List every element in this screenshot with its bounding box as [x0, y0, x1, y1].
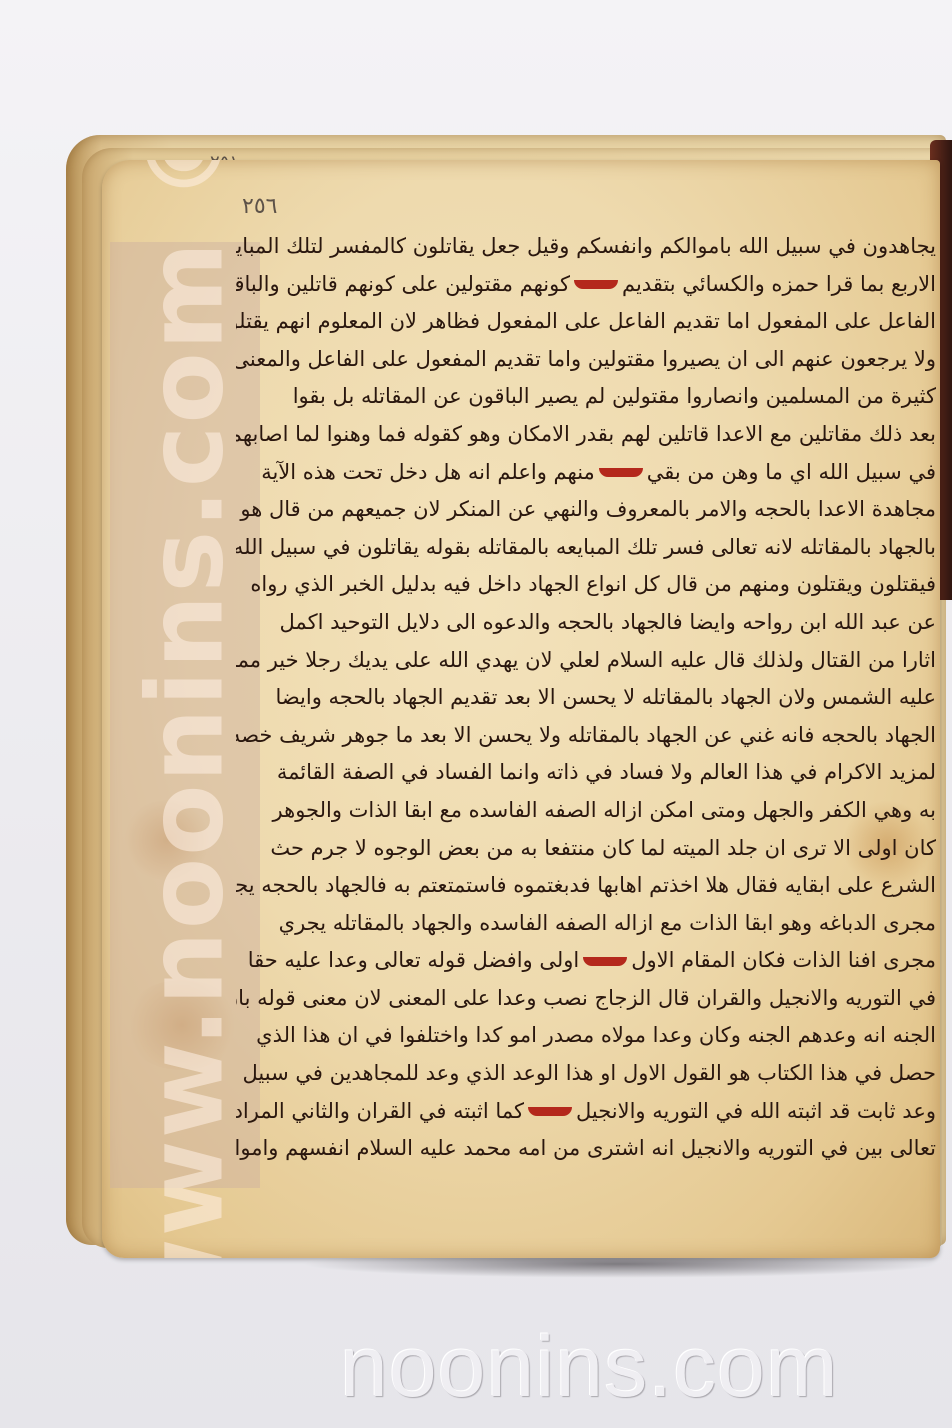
manuscript-line: الشرع على ابقايه فقال هلا اخذتم اهابها ف… — [236, 867, 936, 905]
manuscript-line: كان اولى الا ترى ان جلد الميته لما كان م… — [236, 830, 936, 868]
manuscript-text: يجاهدون في سبيل الله باموالكم وانفسكم وق… — [236, 228, 936, 1168]
manuscript-line: في سبيل الله اي ما وهن من بقيمنهم واعلم … — [236, 454, 936, 492]
footer-watermark: noonins.com — [340, 1318, 839, 1417]
red-rubric-mark — [528, 1107, 572, 1116]
manuscript-line: تعالى بين في التوريه والانجيل انه اشترى … — [236, 1130, 936, 1168]
manuscript-line: بالجهاد بالمقاتله لانه تعالى فسر تلك الم… — [236, 529, 936, 567]
manuscript-line: كثيرة من المسلمين وانصاروا مقتولين لم يص… — [236, 378, 936, 416]
red-rubric-mark — [574, 280, 618, 289]
manuscript-line: يجاهدون في سبيل الله باموالكم وانفسكم وق… — [236, 228, 936, 266]
manuscript-line: ولا يرجعون عنهم الى ان يصيروا مقتولين وا… — [236, 341, 936, 379]
manuscript-line: الجهاد بالحجه فانه غني عن الجهاد بالمقات… — [236, 717, 936, 755]
vertical-watermark-text: www.noonins.com © — [124, 160, 246, 1258]
manuscript-line: الفاعل على المفعول اما تقديم الفاعل على … — [236, 303, 936, 341]
manuscript-line: بعد ذلك مقاتلين مع الاعدا قاتلين لهم بقد… — [236, 416, 936, 454]
manuscript-line: مجرى الدباغه وهو ابقا الذات مع ازاله الص… — [236, 905, 936, 943]
folio-number: ٢٥٦ — [242, 194, 277, 219]
manuscript-line: عن عبد الله ابن رواحه وايضا فالجهاد بالح… — [236, 604, 936, 642]
manuscript-line: فيقتلون ويقتلون ومنهم من قال كل انواع ال… — [236, 566, 936, 604]
manuscript-line: عليه الشمس ولان الجهاد بالمقاتله لا يحسن… — [236, 679, 936, 717]
manuscript-line: مجاهدة الاعدا بالحجه والامر بالمعروف وال… — [236, 491, 936, 529]
manuscript-page: www.noonins.com © ٢٥٦ يجاهدون في سبيل ال… — [102, 160, 940, 1258]
red-rubric-mark — [599, 468, 643, 477]
manuscript-line: مجرى افنا الذات فكان المقام الاولاولى وا… — [236, 942, 936, 980]
manuscript-line: لمزيد الاكرام في هذا العالم ولا فساد في … — [236, 754, 936, 792]
manuscript-line: في التوريه والانجيل والقران قال الزجاج ن… — [236, 980, 936, 1018]
manuscript-line: الاربع بما قرا حمزه والكسائي بتقديمكونهم… — [236, 266, 936, 304]
manuscript-line: حصل في هذا الكتاب هو القول الاول او هذا … — [236, 1055, 936, 1093]
manuscript-line: الجنه انه وعدهم الجنه وكان وعدا مولاه مص… — [236, 1017, 936, 1055]
manuscript-line: وعد ثابت قد اثبته الله في التوريه والانج… — [236, 1093, 936, 1131]
manuscript-line: به وهي الكفر والجهل ومتى امكن ازاله الصف… — [236, 792, 936, 830]
manuscript-line: اثارا من القتال ولذلك قال عليه السلام لع… — [236, 642, 936, 680]
red-rubric-mark — [583, 957, 627, 966]
